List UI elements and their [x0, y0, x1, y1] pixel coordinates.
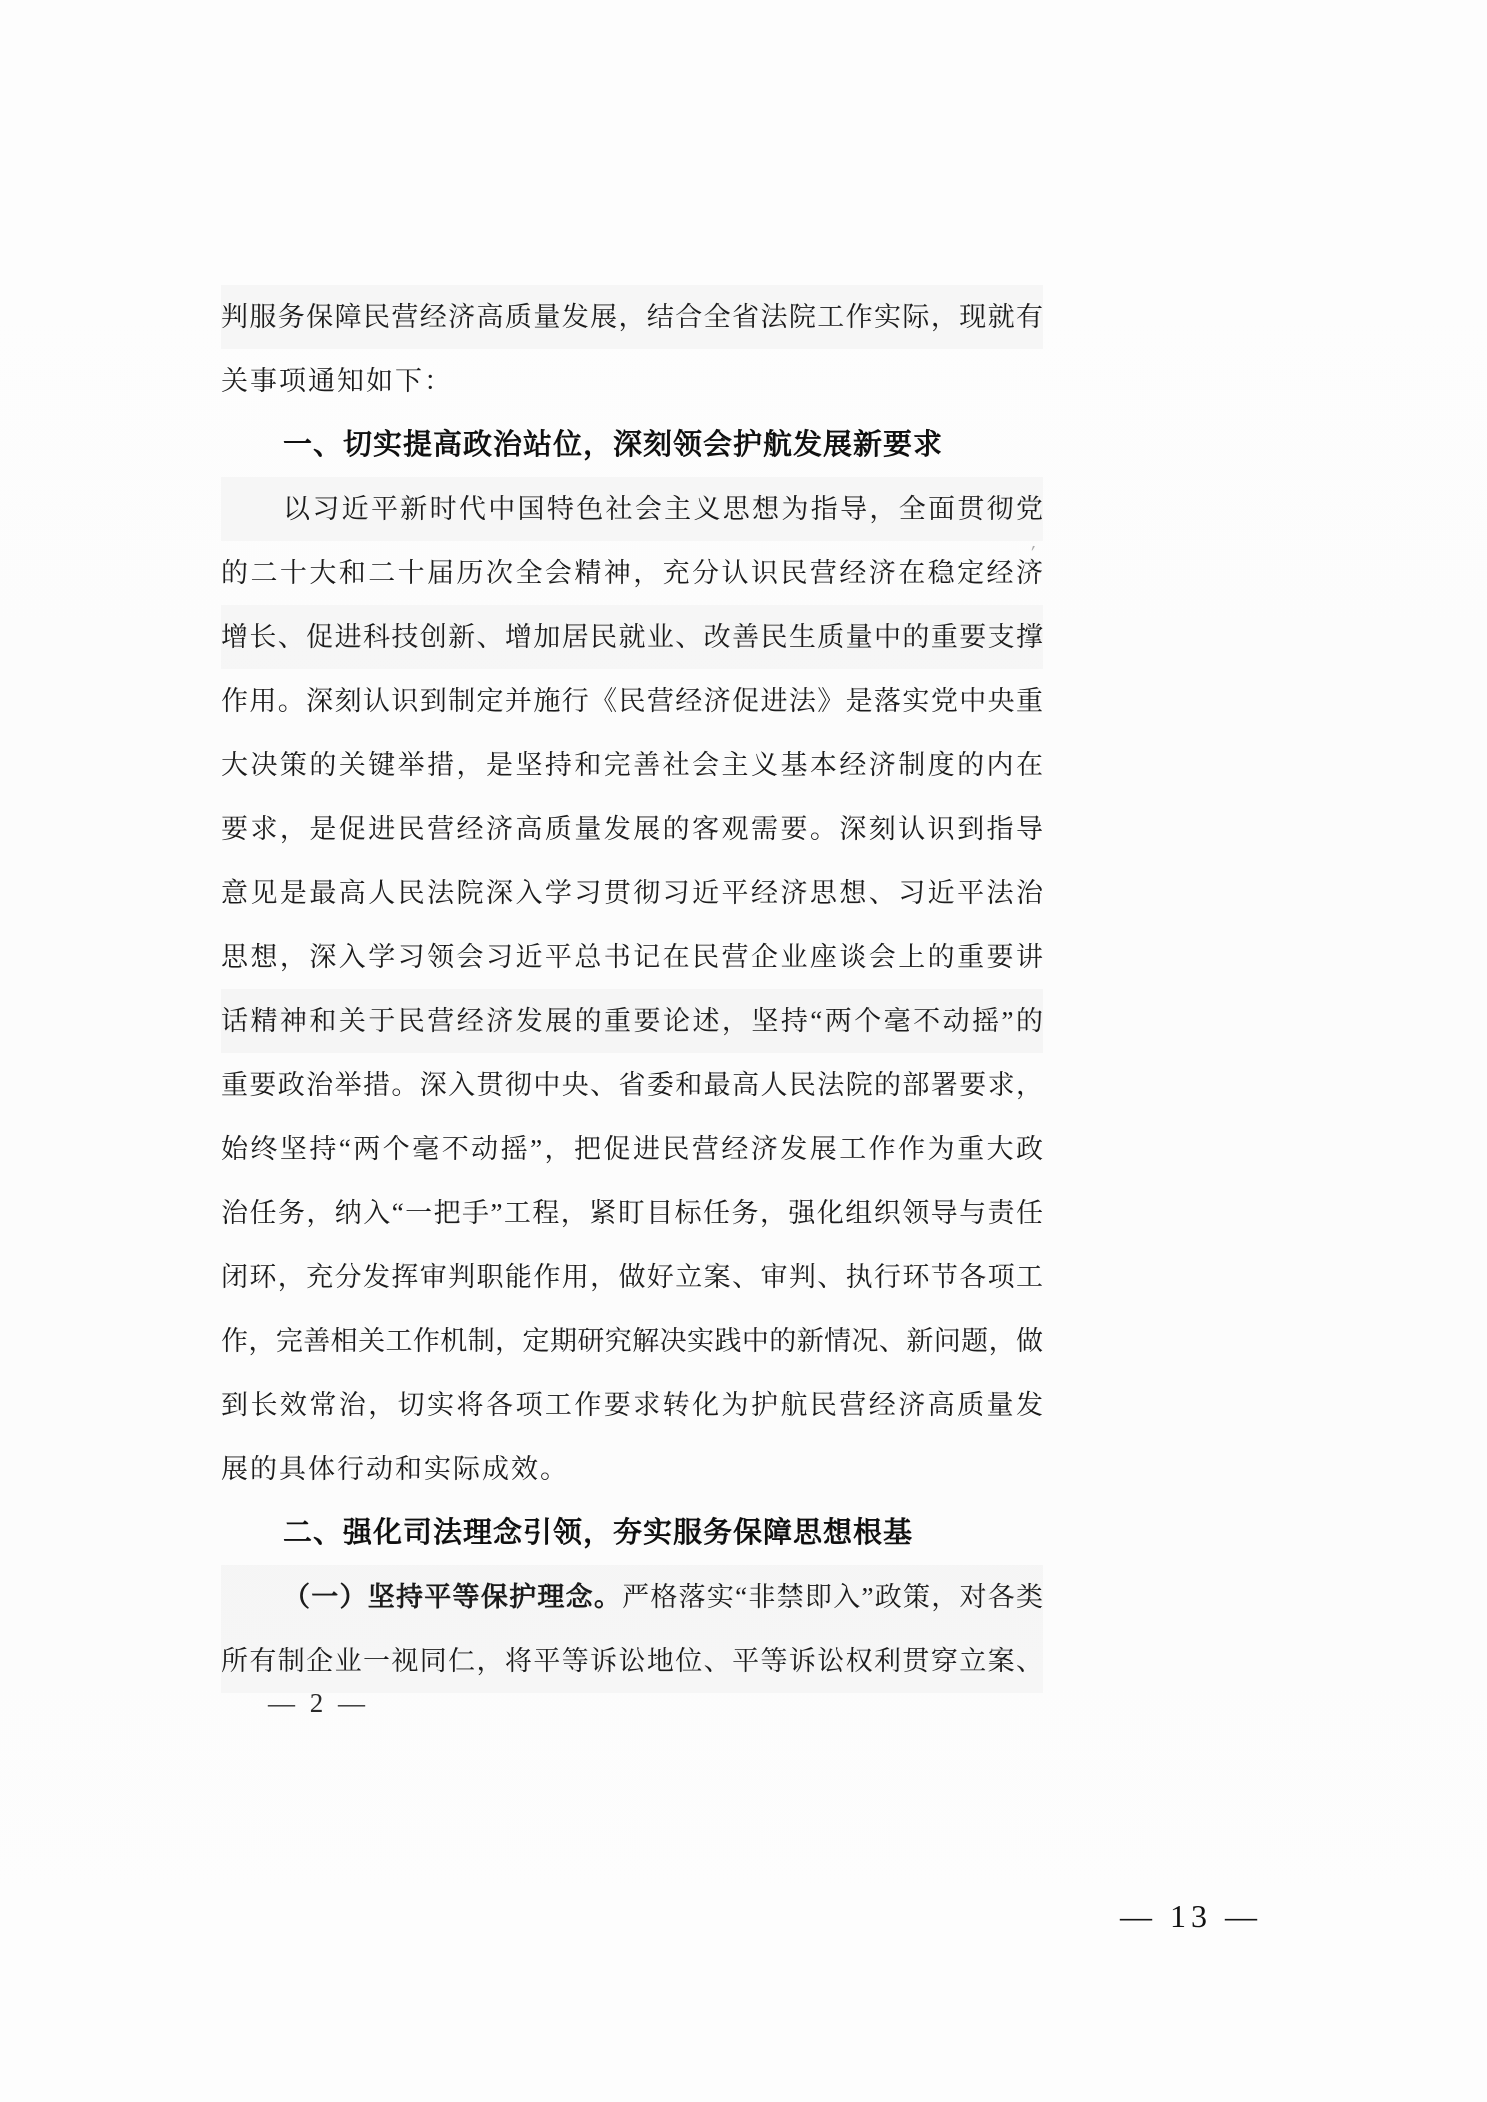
- body-line: 话精神和关于民营经济发展的重要论述，坚持“两个毫不动摇”的: [221, 989, 1043, 1053]
- section-heading-1: 一、切实提高政治站位，深刻领会护航发展新要求: [221, 413, 1043, 477]
- body-line: 作，完善相关工作机制，定期研究解决实践中的新情况、新问题，做: [221, 1309, 1043, 1373]
- body-line: 大决策的关键举措，是坚持和完善社会主义基本经济制度的内在: [221, 733, 1043, 797]
- body-line: 思想，深入学习领会习近平总书记在民营企业座谈会上的重要讲: [221, 925, 1043, 989]
- inner-page-number: — 2 —: [268, 1688, 369, 1719]
- body-line: 所有制企业一视同仁，将平等诉讼地位、平等诉讼权利贯穿立案、: [221, 1629, 1043, 1693]
- body-line: （一）坚持平等保护理念。严格落实“非禁即入”政策，对各类: [221, 1565, 1043, 1629]
- body-line: 作用。深刻认识到制定并施行《民营经济促进法》是落实党中央重: [221, 669, 1043, 733]
- body-line: 增长、促进科技创新、增加居民就业、改善民生质量中的重要支撑: [221, 605, 1043, 669]
- document-page: 判服务保障民营经济高质量发展，结合全省法院工作实际，现就有 关事项通知如下： 一…: [0, 0, 1487, 2102]
- clause-title: （一）坚持平等保护理念。: [283, 1582, 622, 1612]
- body-line: 的二十大和二十届历次全会精神，充分认识民营经济在稳定经济: [221, 541, 1043, 605]
- body-line: 关事项通知如下：: [221, 349, 1043, 413]
- body-line: 闭环，充分发挥审判职能作用，做好立案、审判、执行环节各项工: [221, 1245, 1043, 1309]
- body-line: 判服务保障民营经济高质量发展，结合全省法院工作实际，现就有: [221, 285, 1043, 349]
- body-line: 以习近平新时代中国特色社会主义思想为指导，全面贯彻党: [221, 477, 1043, 541]
- body-line: 要求，是促进民营经济高质量发展的客观需要。深刻认识到指导: [221, 797, 1043, 861]
- body-line: 意见是最高人民法院深入学习贯彻习近平经济思想、习近平法治: [221, 861, 1043, 925]
- document-text-block: 判服务保障民营经济高质量发展，结合全省法院工作实际，现就有 关事项通知如下： 一…: [221, 285, 1043, 1693]
- outer-page-number: — 13 —: [1120, 1898, 1262, 1935]
- clause-text: 严格落实“非禁即入”政策，对各类: [622, 1582, 1043, 1612]
- body-line: 到长效常治，切实将各项工作要求转化为护航民营经济高质量发: [221, 1373, 1043, 1437]
- body-line: 始终坚持“两个毫不动摇”，把促进民营经济发展工作作为重大政: [221, 1117, 1043, 1181]
- body-line: 治任务，纳入“一把手”工程，紧盯目标任务，强化组织领导与责任: [221, 1181, 1043, 1245]
- body-line: 展的具体行动和实际成效。: [221, 1437, 1043, 1501]
- section-heading-2: 二、强化司法理念引领，夯实服务保障思想根基: [221, 1501, 1043, 1565]
- body-line: 重要政治举措。深入贯彻中央、省委和最高人民法院的部署要求，: [221, 1053, 1043, 1117]
